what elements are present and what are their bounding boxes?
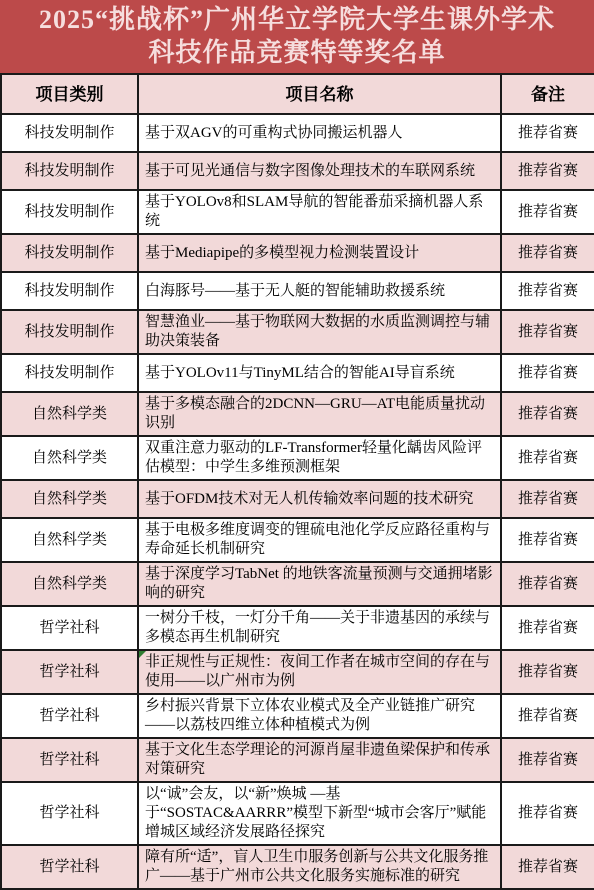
note-cell: 推荐省赛 (501, 392, 594, 436)
note-cell: 推荐省赛 (501, 114, 594, 152)
table-row: 哲学社科 乡村振兴背景下立体农业模式及全产业链推广研究——以荔枝四维立体种植模式… (1, 694, 594, 738)
note-cell: 推荐省赛 (501, 190, 594, 234)
note-cell: 推荐省赛 (501, 738, 594, 782)
table-row: 自然科学类 基于深度学习TabNet 的地铁客流量预测与交通拥堵影响的研究 推荐… (1, 562, 594, 606)
note-cell: 推荐省赛 (501, 480, 594, 518)
project-name-text: 一树分千枝，一灯分千角——关于非遗基因的承续与多模态再生机制研究 (145, 610, 490, 645)
table-row: 科技发明制作 智慧渔业——基于物联网大数据的水质监测调控与辅助决策装备 推荐省赛 (1, 310, 594, 354)
project-name-cell: 基于深度学习TabNet 的地铁客流量预测与交通拥堵影响的研究 (138, 562, 501, 606)
project-name-text: 基于OFDM技术对无人机传输效率问题的技术研究 (145, 491, 473, 507)
category-cell: 科技发明制作 (1, 272, 138, 310)
note-cell: 推荐省赛 (501, 354, 594, 392)
project-name-cell: 基于多模态融合的2DCNN—GRU—AT电能质量扰动识别 (138, 392, 501, 436)
category-cell: 科技发明制作 (1, 354, 138, 392)
project-name-text: 基于可见光通信与数字图像处理技术的车联网系统 (145, 163, 475, 179)
category-cell: 自然科学类 (1, 480, 138, 518)
project-name-text: 基于电极多维度调变的锂硫电池化学反应路径重构与寿命延长机制研究 (145, 522, 490, 557)
project-name-cell: 以“诚”会友，以“新”焕城 —基于“SOSTAC&AARRR”模型下新型“城市会… (138, 782, 501, 845)
project-name-cell: 一树分千枝，一灯分千角——关于非遗基因的承续与多模态再生机制研究 (138, 606, 501, 650)
project-name-cell: 基于OFDM技术对无人机传输效率问题的技术研究 (138, 480, 501, 518)
page-title-line-1: 2025“挑战杯”广州华立学院大学生课外学术 (39, 3, 555, 36)
project-name-cell: 非正规性与正规性：夜间工作者在城市空间的存在与使用——以广州市为例 (138, 650, 501, 694)
project-name-cell: 基于双AGV的可重构式协同搬运机器人 (138, 114, 501, 152)
project-name-cell: 双重注意力驱动的LF-Transformer轻量化龋齿风险评估模型：中学生多维预… (138, 436, 501, 480)
note-cell: 推荐省赛 (501, 436, 594, 480)
project-name-text: 障有所“适”，盲人卫生巾服务创新与公共文化服务推广——基于广州市公共文化服务实施… (145, 849, 488, 884)
header-project-name: 项目名称 (138, 74, 501, 114)
note-cell: 推荐省赛 (501, 562, 594, 606)
project-name-cell: 基于Mediapipe的多模型视力检测装置设计 (138, 234, 501, 272)
project-name-cell: 白海豚号——基于无人艇的智能辅助救援系统 (138, 272, 501, 310)
category-cell: 哲学社科 (1, 738, 138, 782)
category-cell: 科技发明制作 (1, 152, 138, 190)
table-row: 自然科学类 基于电极多维度调变的锂硫电池化学反应路径重构与寿命延长机制研究 推荐… (1, 518, 594, 562)
category-cell: 哲学社科 (1, 694, 138, 738)
project-name-cell: 基于可见光通信与数字图像处理技术的车联网系统 (138, 152, 501, 190)
header-row: 项目类别 项目名称 备注 (1, 74, 594, 114)
table-row: 自然科学类 双重注意力驱动的LF-Transformer轻量化龋齿风险评估模型：… (1, 436, 594, 480)
project-name-cell: 智慧渔业——基于物联网大数据的水质监测调控与辅助决策装备 (138, 310, 501, 354)
project-name-text: 智慧渔业——基于物联网大数据的水质监测调控与辅助决策装备 (145, 314, 490, 349)
table-row: 科技发明制作 基于Mediapipe的多模型视力检测装置设计 推荐省赛 (1, 234, 594, 272)
table-row: 自然科学类 基于OFDM技术对无人机传输效率问题的技术研究 推荐省赛 (1, 480, 594, 518)
award-table-body: 科技发明制作 基于双AGV的可重构式协同搬运机器人 推荐省赛 科技发明制作 基于… (1, 114, 594, 889)
table-row: 科技发明制作 基于YOLOv8和SLAM导航的智能番茄采摘机器人系统 推荐省赛 (1, 190, 594, 234)
note-cell: 推荐省赛 (501, 152, 594, 190)
award-table: 项目类别 项目名称 备注 科技发明制作 基于双AGV的可重构式协同搬运机器人 推… (0, 73, 594, 890)
category-cell: 自然科学类 (1, 392, 138, 436)
cell-flag-icon (139, 651, 146, 658)
note-cell: 推荐省赛 (501, 845, 594, 889)
header-note: 备注 (501, 74, 594, 114)
project-name-text: 基于文化生态学理论的河源肖屋非遗鱼梁保护和传承对策研究 (145, 742, 490, 777)
project-name-cell: 障有所“适”，盲人卫生巾服务创新与公共文化服务推广——基于广州市公共文化服务实施… (138, 845, 501, 889)
project-name-text: 基于多模态融合的2DCNN—GRU—AT电能质量扰动识别 (145, 396, 485, 431)
project-name-text: 白海豚号——基于无人艇的智能辅助救援系统 (145, 283, 445, 299)
table-row: 科技发明制作 基于可见光通信与数字图像处理技术的车联网系统 推荐省赛 (1, 152, 594, 190)
note-cell: 推荐省赛 (501, 694, 594, 738)
category-cell: 自然科学类 (1, 518, 138, 562)
project-name-text: 基于双AGV的可重构式协同搬运机器人 (145, 125, 403, 141)
project-name-text: 乡村振兴背景下立体农业模式及全产业链推广研究——以荔枝四维立体种植模式为例 (145, 698, 475, 733)
table-row: 自然科学类 基于多模态融合的2DCNN—GRU—AT电能质量扰动识别 推荐省赛 (1, 392, 594, 436)
note-cell: 推荐省赛 (501, 650, 594, 694)
project-name-text: 双重注意力驱动的LF-Transformer轻量化龋齿风险评估模型：中学生多维预… (145, 440, 482, 475)
note-cell: 推荐省赛 (501, 272, 594, 310)
project-name-text: 基于YOLOv11与TinyML结合的智能AI导盲系统 (145, 365, 455, 381)
category-cell: 科技发明制作 (1, 190, 138, 234)
project-name-text: 基于深度学习TabNet 的地铁客流量预测与交通拥堵影响的研究 (145, 566, 493, 601)
project-name-cell: 基于文化生态学理论的河源肖屋非遗鱼梁保护和传承对策研究 (138, 738, 501, 782)
project-name-text: 以“诚”会友，以“新”焕城 —基于“SOSTAC&AARRR”模型下新型“城市会… (145, 786, 486, 840)
category-cell: 科技发明制作 (1, 234, 138, 272)
page-title-line-2: 科技作品竞赛特等奖名单 (148, 36, 445, 69)
category-cell: 科技发明制作 (1, 310, 138, 354)
title-banner: 2025“挑战杯”广州华立学院大学生课外学术 科技作品竞赛特等奖名单 (0, 0, 594, 73)
category-cell: 哲学社科 (1, 782, 138, 845)
project-name-text: 基于Mediapipe的多模型视力检测装置设计 (145, 245, 419, 261)
category-cell: 哲学社科 (1, 650, 138, 694)
table-row: 哲学社科 一树分千枝，一灯分千角——关于非遗基因的承续与多模态再生机制研究 推荐… (1, 606, 594, 650)
table-row: 科技发明制作 基于YOLOv11与TinyML结合的智能AI导盲系统 推荐省赛 (1, 354, 594, 392)
project-name-cell: 乡村振兴背景下立体农业模式及全产业链推广研究——以荔枝四维立体种植模式为例 (138, 694, 501, 738)
table-row: 哲学社科 障有所“适”，盲人卫生巾服务创新与公共文化服务推广——基于广州市公共文… (1, 845, 594, 889)
table-row: 哲学社科 以“诚”会友，以“新”焕城 —基于“SOSTAC&AARRR”模型下新… (1, 782, 594, 845)
note-cell: 推荐省赛 (501, 518, 594, 562)
table-row: 科技发明制作 白海豚号——基于无人艇的智能辅助救援系统 推荐省赛 (1, 272, 594, 310)
note-cell: 推荐省赛 (501, 234, 594, 272)
project-name-cell: 基于电极多维度调变的锂硫电池化学反应路径重构与寿命延长机制研究 (138, 518, 501, 562)
category-cell: 哲学社科 (1, 845, 138, 889)
project-name-text: 基于YOLOv8和SLAM导航的智能番茄采摘机器人系统 (145, 194, 483, 229)
project-name-cell: 基于YOLOv11与TinyML结合的智能AI导盲系统 (138, 354, 501, 392)
project-name-cell: 基于YOLOv8和SLAM导航的智能番茄采摘机器人系统 (138, 190, 501, 234)
project-name-text: 非正规性与正规性：夜间工作者在城市空间的存在与使用——以广州市为例 (145, 654, 490, 689)
note-cell: 推荐省赛 (501, 606, 594, 650)
table-row: 哲学社科 非正规性与正规性：夜间工作者在城市空间的存在与使用——以广州市为例 推… (1, 650, 594, 694)
note-cell: 推荐省赛 (501, 310, 594, 354)
category-cell: 自然科学类 (1, 562, 138, 606)
note-cell: 推荐省赛 (501, 782, 594, 845)
table-row: 哲学社科 基于文化生态学理论的河源肖屋非遗鱼梁保护和传承对策研究 推荐省赛 (1, 738, 594, 782)
category-cell: 科技发明制作 (1, 114, 138, 152)
table-row: 科技发明制作 基于双AGV的可重构式协同搬运机器人 推荐省赛 (1, 114, 594, 152)
category-cell: 自然科学类 (1, 436, 138, 480)
header-category: 项目类别 (1, 74, 138, 114)
category-cell: 哲学社科 (1, 606, 138, 650)
